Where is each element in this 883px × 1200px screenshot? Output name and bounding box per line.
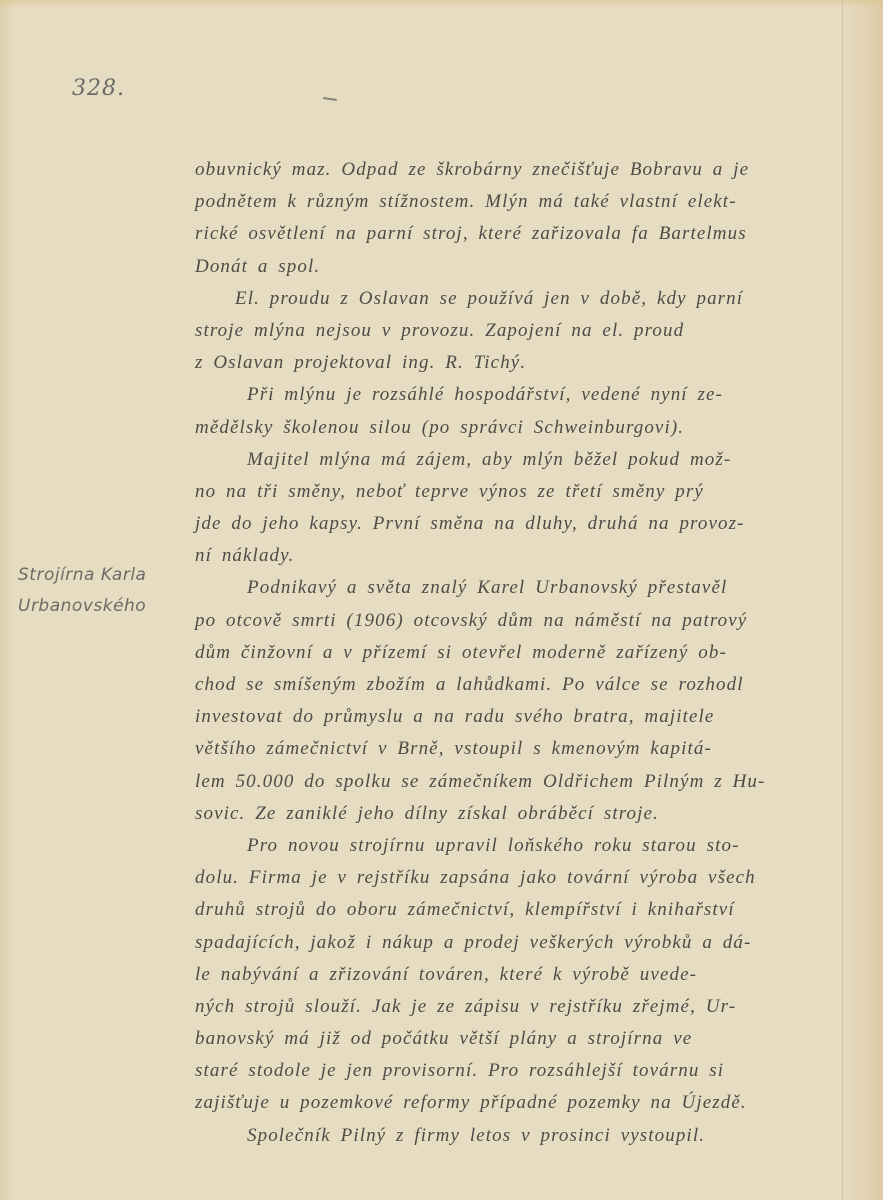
text-line: staré stodole je jen provisorní. Pro roz… <box>195 1055 850 1087</box>
pencil-dash-mark <box>323 97 337 101</box>
text-line: investovat do průmyslu a na radu svého b… <box>195 701 850 733</box>
text-line: Podnikavý a světa znalý Karel Urbanovský… <box>195 572 850 604</box>
text-line: ných strojů slouží. Jak je ze zápisu v r… <box>195 991 850 1023</box>
text-line: ní náklady. <box>195 540 850 572</box>
text-line: dolu. Firma je v rejstříku zapsána jako … <box>195 862 850 894</box>
text-line: stroje mlýna nejsou v provozu. Zapojení … <box>195 315 850 347</box>
text-line: podnětem k různým stížnostem. Mlýn má ta… <box>195 186 850 218</box>
margin-note-line: Urbanovského <box>18 591 188 622</box>
page-number: 328. <box>72 76 125 101</box>
text-line: z Oslavan projektoval ing. R. Tichý. <box>195 347 850 379</box>
text-line: obuvnický maz. Odpad ze škrobárny znečiš… <box>195 154 850 186</box>
text-line: spadajících, jakož i nákup a prodej vešk… <box>195 927 850 959</box>
text-line: lem 50.000 do spolku se zámečníkem Oldři… <box>195 766 850 798</box>
text-line: Při mlýnu je rozsáhlé hospodářství, vede… <box>195 379 850 411</box>
text-line: většího zámečnictví v Brně, vstoupil s k… <box>195 733 850 765</box>
text-line: le nabývání a zřizování továren, které k… <box>195 959 850 991</box>
text-line: zajišťuje u pozemkové reformy případné p… <box>195 1087 850 1119</box>
text-line: banovský má již od počátku větší plány a… <box>195 1023 850 1055</box>
text-line: El. proudu z Oslavan se používá jen v do… <box>195 283 850 315</box>
text-line: Donát a spol. <box>195 251 850 283</box>
text-line: Majitel mlýna má zájem, aby mlýn běžel p… <box>195 444 850 476</box>
text-line: rické osvětlení na parní stroj, které za… <box>195 218 850 250</box>
text-line: Společník Pilný z firmy letos v prosinci… <box>195 1120 850 1152</box>
handwritten-body: obuvnický maz. Odpad ze škrobárny znečiš… <box>195 154 850 1152</box>
text-line: no na tři směny, neboť teprve výnos ze t… <box>195 476 850 508</box>
text-line: po otcově smrti (1906) otcovský dům na n… <box>195 605 850 637</box>
margin-note-line: Strojírna Karla <box>18 560 188 591</box>
manuscript-page: 328. Strojírna Karla Urbanovského obuvni… <box>0 0 883 1200</box>
text-line: mědělsky školenou silou (po správci Schw… <box>195 412 850 444</box>
text-line: chod se smíšeným zbožím a lahůdkami. Po … <box>195 669 850 701</box>
text-line: sovic. Ze zaniklé jeho dílny získal obrá… <box>195 798 850 830</box>
text-line: jde do jeho kapsy. První směna na dluhy,… <box>195 508 850 540</box>
text-line: Pro novou strojírnu upravil loňského rok… <box>195 830 850 862</box>
text-line: dům činžovní a v přízemí si otevřel mode… <box>195 637 850 669</box>
text-line: druhů strojů do oboru zámečnictví, klemp… <box>195 894 850 926</box>
margin-note: Strojírna Karla Urbanovského <box>18 560 188 622</box>
